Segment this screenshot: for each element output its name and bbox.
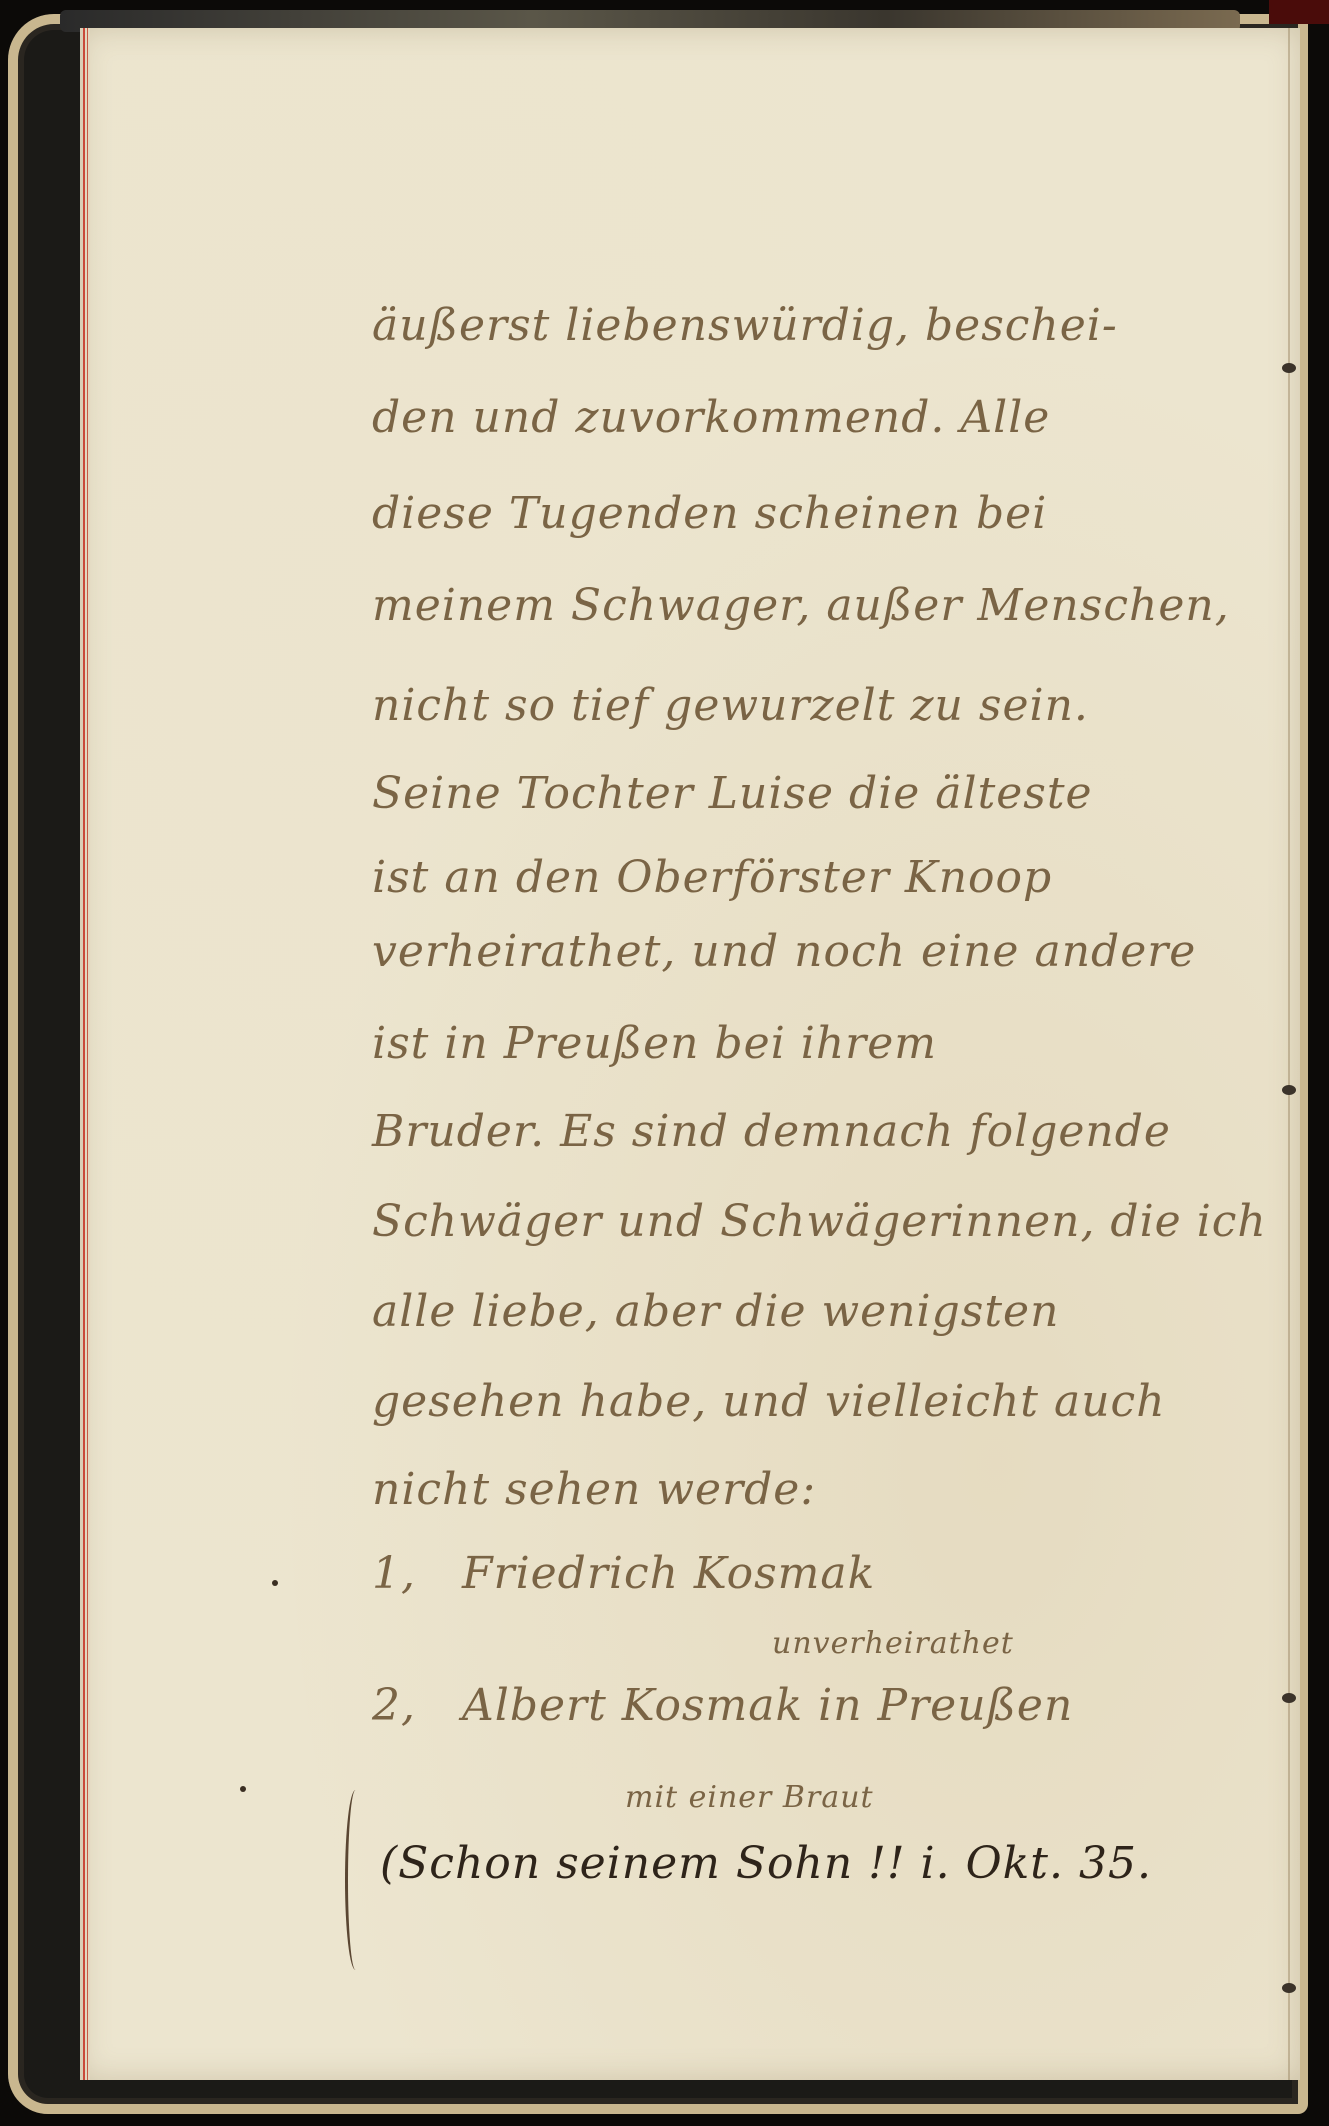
list-name-1: Friedrich Kosmak: [462, 1548, 875, 1599]
text-line-7: ist an den Oberförster Knoop: [372, 852, 1052, 903]
red-cover-corner: [1269, 0, 1329, 24]
text-line-1: äußerst liebenswürdig, beschei-: [372, 300, 1118, 351]
text-line-10: Bruder. Es sind demnach folgende: [372, 1106, 1171, 1157]
text-line-3: diese Tugenden scheinen bei: [372, 488, 1047, 539]
list-number-2: 2,: [372, 1680, 416, 1731]
text-line-2: den und zuvorkommend. Alle: [372, 392, 1050, 443]
binding-stitch-icon: [1282, 363, 1296, 373]
ink-dot: [272, 1580, 278, 1586]
text-line-12: alle liebe, aber die wenigsten: [372, 1286, 1059, 1337]
text-line-4: meinem Schwager, außer Menschen,: [372, 580, 1230, 631]
text-line-13: gesehen habe, und vielleicht auch: [372, 1376, 1166, 1427]
binding-stitch-icon: [1282, 1085, 1296, 1095]
list-number-1: 1,: [372, 1548, 416, 1599]
list-name-2: Albert Kosmak in Preußen: [462, 1680, 1073, 1731]
text-line-6: Seine Tochter Luise die älteste: [372, 768, 1093, 819]
page-gutter-fold: [1288, 28, 1290, 2080]
annotation-bracket: [345, 1790, 366, 1970]
red-page-edge: [80, 28, 90, 2080]
binding-stitch-icon: [1282, 1693, 1296, 1703]
list-note-1: unverheirathet: [772, 1626, 1014, 1661]
text-line-14: nicht sehen werde:: [372, 1464, 816, 1515]
list-note-2: mit einer Braut: [625, 1780, 874, 1815]
text-line-11: Schwäger und Schwägerinnen, die ich: [372, 1196, 1267, 1247]
binding-stitch-icon: [1282, 1983, 1296, 1993]
text-line-5: nicht so tief gewurzelt zu sein.: [372, 680, 1089, 731]
text-line-9: ist in Preußen bei ihrem: [372, 1018, 937, 1069]
text-line-8: verheirathet, und noch eine andere: [372, 926, 1196, 977]
ink-dot: [240, 1786, 246, 1792]
dated-annotation: (Schon seinem Sohn !! i. Okt. 35.: [380, 1838, 1152, 1889]
